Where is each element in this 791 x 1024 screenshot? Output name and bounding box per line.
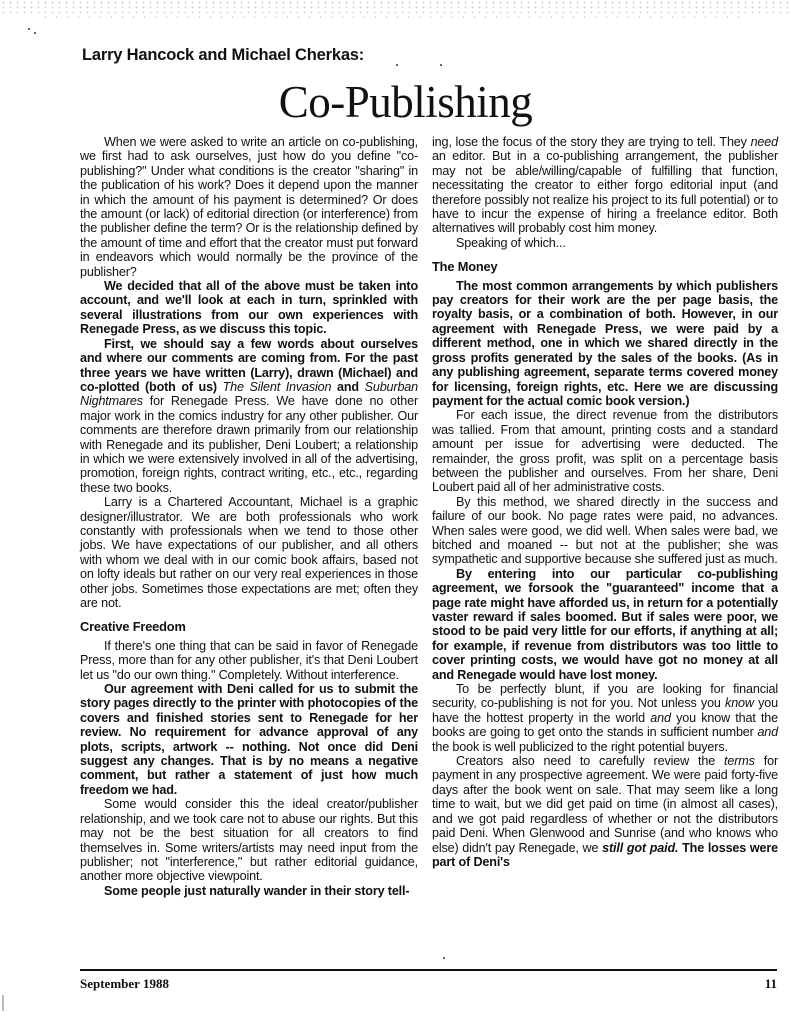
text-run: ing, lose the focus of the story they ar… [432, 135, 751, 149]
text-run: an editor. But in a co-publishing arrang… [432, 149, 778, 235]
section-heading-creative-freedom: Creative Freedom [80, 620, 418, 634]
money-paragraph-2: For each issue, the direct revenue from … [432, 408, 778, 494]
text-run: and [331, 380, 364, 394]
text-run: for payment in any prospective agreement… [432, 754, 778, 854]
money-paragraph-4: By entering into our particular co-publi… [432, 567, 778, 682]
money-paragraph-1: The most common arrangements by which pu… [432, 279, 778, 409]
book-title-silent-invasion: The Silent Invasion [223, 380, 332, 394]
footer-rule [80, 969, 777, 971]
article-title: Co-Publishing [0, 72, 791, 132]
article-byline: Larry Hancock and Michael Cherkas: [82, 46, 364, 65]
intro-paragraph: When we were asked to write an article o… [80, 135, 418, 279]
about-us-paragraph: First, we should say a few words about o… [80, 337, 418, 495]
emphasis-terms: terms [724, 754, 755, 768]
emphasis-and: and [650, 711, 671, 725]
scan-speck [396, 64, 398, 66]
page-number: 11 [765, 976, 777, 992]
freedom-paragraph-1: If there's one thing that can be said in… [80, 639, 418, 682]
terms-paragraph: Creators also need to carefully review t… [432, 754, 778, 869]
freedom-paragraph-3: Some would consider this the ideal creat… [80, 797, 418, 883]
text-run: the book is well publicized to the right… [432, 740, 728, 754]
footer-date: September 1988 [80, 976, 169, 992]
scan-margin-mark [2, 995, 4, 1011]
scan-noise-top-row2 [40, 14, 740, 20]
blunt-paragraph: To be perfectly blunt, if you are lookin… [432, 682, 778, 754]
left-column: When we were asked to write an article o… [80, 135, 418, 898]
scan-speck [28, 28, 30, 30]
freedom-paragraph-4: Some people just naturally wander in the… [80, 884, 418, 898]
scan-speck [440, 64, 442, 66]
right-column: ing, lose the focus of the story they ar… [432, 135, 778, 869]
scan-speck [443, 957, 445, 959]
section-heading-the-money: The Money [432, 260, 778, 274]
freedom-paragraph-2: Our agreement with Deni called for us to… [80, 682, 418, 797]
text-run: Creators also need to carefully review t… [456, 754, 724, 768]
professions-paragraph: Larry is a Chartered Accountant, Michael… [80, 495, 418, 610]
emphasis-still-got-paid: still got paid. [602, 841, 678, 855]
continuation-paragraph: ing, lose the focus of the story they ar… [432, 135, 778, 236]
transition-line: Speaking of which... [432, 236, 778, 250]
emphasis-and: and [757, 725, 778, 739]
money-paragraph-3: By this method, we shared directly in th… [432, 495, 778, 567]
text-run: for Renegade Press. We have done no othe… [80, 394, 418, 494]
decision-paragraph: We decided that all of the above must be… [80, 279, 418, 337]
emphasis-need: need [751, 135, 778, 149]
scan-speck [34, 32, 36, 34]
emphasis-know: know [725, 696, 754, 710]
scan-noise-top [0, 0, 791, 14]
